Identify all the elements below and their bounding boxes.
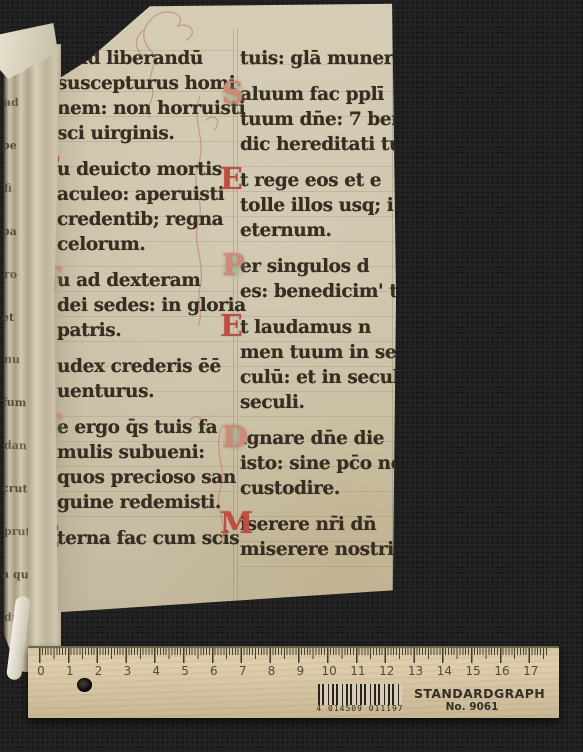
verse: T u deuicto mortisaculeo: aperuisticrede…: [57, 157, 237, 257]
ruler-number: 17: [523, 664, 539, 678]
ruler-number: 12: [379, 664, 395, 678]
ruler: 01234567891011121314151617 4 014509 0111…: [28, 646, 559, 718]
text-line: suscepturus homi: [57, 71, 237, 96]
text-line: nem: non horruisti: [57, 96, 237, 121]
verse: T u ad dexteramdei sedes: in gloriapatri…: [57, 268, 237, 343]
verse-lines: ignare dn̄e dieisto: sine pc̄o noscustod…: [240, 426, 408, 501]
text-line: terna fac cum scis: [57, 526, 237, 551]
verse-lines: u ad dexteramdei sedes: in gloriapatris.: [57, 268, 237, 343]
text-line: tolle illos usq; i: [240, 193, 408, 218]
text-line: miserere nostri.: [240, 537, 408, 562]
text-line: u ad dexteram: [57, 268, 237, 293]
text-line: iserere nr̄i dn̄: [240, 512, 408, 537]
text-line: e ergo q̄s tuis fa: [57, 415, 237, 440]
verse-lines: er singulos des: benedicim' te.: [240, 254, 408, 304]
ruler-number: 13: [408, 664, 424, 678]
ruler-number: 11: [350, 664, 366, 678]
ruler-hole: [77, 678, 92, 692]
verse-lines: t rege eos et etolle illos usq; ieternum…: [240, 168, 408, 243]
text-fragment: a quib: [2, 569, 28, 582]
text-line: tuis: glā munerari: [240, 46, 408, 71]
text-column-left: T u ad liberandūsuscepturus hominem: non…: [57, 46, 237, 562]
text-fragment: fum: [2, 397, 28, 410]
text-line: t laudamus n: [240, 315, 408, 340]
text-line: dic hereditati tu: [240, 132, 408, 157]
text-fragment: et: [2, 311, 28, 324]
verse-lines: u deuicto mortisaculeo: aperuisticredent…: [57, 157, 237, 257]
verse-lines: iserere nr̄i dn̄miserere nostri.: [240, 512, 408, 562]
text-fragment: nu: [4, 354, 28, 367]
ruler-number: 0: [33, 664, 49, 678]
verse-lines: e ergo q̄s tuis famulis subueni:quos pre…: [57, 415, 237, 515]
text-fragment: ro: [4, 268, 28, 281]
verse: T e ergo q̄s tuis famulis subueni:quos p…: [57, 415, 237, 515]
text-line: uenturus.: [57, 379, 237, 404]
verse: P er singulos des: benedicim' te.: [240, 254, 408, 304]
verse: E terna fac cum scis: [57, 526, 237, 551]
text-line: tuum dn̄e: 7 ben: [240, 107, 408, 132]
verse: M iserere nr̄i dn̄miserere nostri.: [240, 512, 408, 562]
barcode-digits: 4 014509 011197: [311, 704, 409, 713]
verse-lines: terna fac cum scis: [57, 526, 237, 551]
text-line: es: benedicim' te.: [240, 279, 408, 304]
ruler-number: 15: [465, 664, 481, 678]
ruler-number: 5: [177, 664, 193, 678]
text-line: men tuum in se: [240, 340, 408, 365]
illuminated-initial: D: [220, 423, 250, 453]
illuminated-initial: E: [220, 165, 243, 195]
ruler-number: 14: [436, 664, 452, 678]
illuminated-initial: M: [220, 509, 253, 539]
verse-lines: t laudamus nmen tuum in seculū: et in se…: [240, 315, 408, 415]
text-line: culū: et in seculū: [240, 365, 408, 390]
ruler-numbers: 01234567891011121314151617: [33, 664, 539, 678]
text-line: aculeo: aperuisti: [57, 182, 237, 207]
text-fragment: prut: [4, 526, 28, 539]
text-line: eternum.: [240, 218, 408, 243]
ruler-brand: STANDARDGRAPH: [414, 686, 530, 701]
text-line: aluum fac pplī: [240, 82, 408, 107]
verse: I udex crederis ēēuenturus.: [57, 354, 237, 404]
ruler-number: 8: [264, 664, 280, 678]
ruler-number: 9: [292, 664, 308, 678]
verse: D ignare dn̄e dieisto: sine pc̄o noscust…: [240, 426, 408, 501]
text-line: udex crederis ēē: [57, 354, 237, 379]
illuminated-initial: E: [220, 312, 243, 342]
text-fragment: ad: [4, 97, 28, 110]
verse-lines: tuis: glā munerari: [240, 46, 408, 71]
verse: E t rege eos et etolle illos usq; ietern…: [240, 168, 408, 243]
ruler-model-number: No. 9061: [414, 701, 530, 713]
text-fragment: pe: [2, 140, 28, 153]
text-fragment: dan: [4, 440, 28, 453]
text-line: custodire.: [240, 476, 408, 501]
verse-lines: aluum fac pplītuum dn̄e: 7 bendic heredi…: [240, 82, 408, 157]
ruler-number: 2: [91, 664, 107, 678]
ruler-number: 3: [119, 664, 135, 678]
text-line: er singulos d: [240, 254, 408, 279]
barcode: [318, 684, 402, 705]
verse: tuis: glā munerari: [240, 46, 408, 71]
text-line: sci uirginis.: [57, 121, 237, 146]
ruler-number: 7: [235, 664, 251, 678]
text-line: ignare dn̄e die: [240, 426, 408, 451]
illuminated-initial: S: [220, 79, 246, 109]
text-line: isto: sine pc̄o nos: [240, 451, 408, 476]
text-line: patris.: [57, 318, 237, 343]
ruler-number: 16: [494, 664, 510, 678]
facing-page-text-fragments: madpefiparoetnufumdancrutpruta quibdunā: [2, 54, 28, 624]
verse: E t laudamus nmen tuum in seculū: et in …: [240, 315, 408, 415]
text-fragment: crut: [2, 483, 28, 496]
verse-lines: udex crederis ēēuenturus.: [57, 354, 237, 404]
text-line: dei sedes: in gloria: [57, 293, 237, 318]
ruler-number: 4: [148, 664, 164, 678]
text-line: celorum.: [57, 232, 237, 257]
text-line: seculi.: [240, 390, 408, 415]
illuminated-initial: P: [220, 251, 247, 281]
text-line: u deuicto mortis: [57, 157, 237, 182]
text-line: mulis subueni:: [57, 440, 237, 465]
manuscript-page: T u ad liberandūsuscepturus hominem: non…: [40, 0, 400, 628]
text-line: guine redemisti.: [57, 490, 237, 515]
ruler-number: 1: [62, 664, 78, 678]
text-fragment: pa: [2, 225, 28, 238]
text-line: credentib; regna: [57, 207, 237, 232]
text-line: quos precioso san: [57, 465, 237, 490]
ruler-number: 6: [206, 664, 222, 678]
text-column-right: tuis: glā munerari S aluum fac pplītuum …: [240, 46, 408, 573]
ruler-number: 10: [321, 664, 337, 678]
text-fragment: fi: [4, 182, 28, 195]
ruler-cm-ticks: [39, 648, 547, 663]
verse: S aluum fac pplītuum dn̄e: 7 bendic here…: [240, 82, 408, 157]
text-line: t rege eos et e: [240, 168, 408, 193]
manuscript-photo: madpefiparoetnufumdancrutpruta quibdunā …: [0, 0, 583, 752]
